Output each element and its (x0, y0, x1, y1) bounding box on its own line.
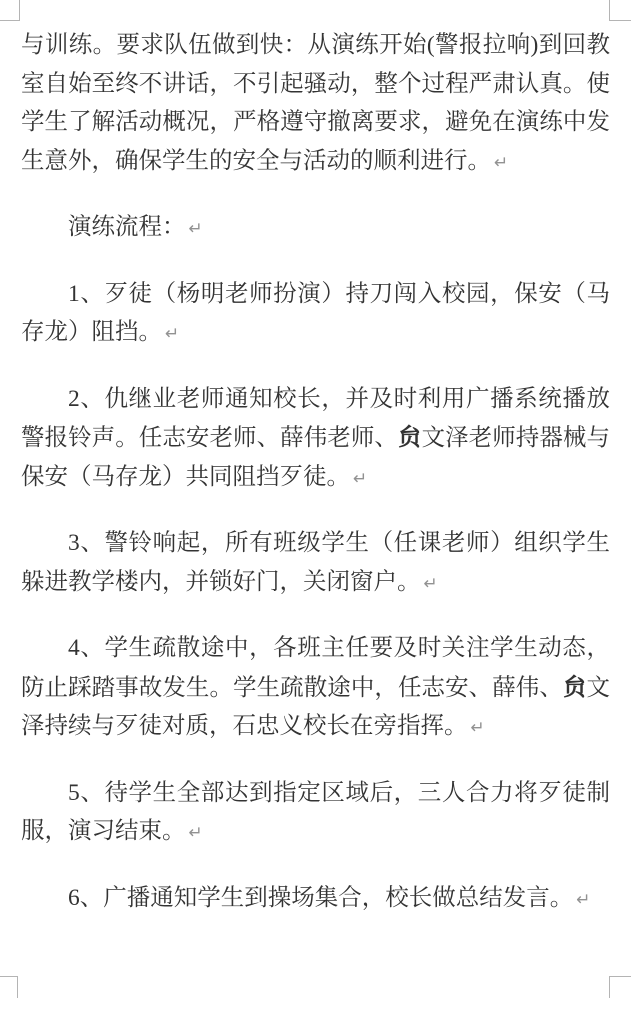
paragraph: 演练流程：↵ (21, 208, 610, 249)
paragraph-mark-icon: ↵ (165, 324, 179, 344)
text-run: 4、学生疏散途中，各班主任要及时关注学生动态，防止踩踏事故发生。学生疏散途中，任… (21, 635, 610, 701)
paragraph: 5、待学生全部达到指定区域后，三人合力将歹徒制服，演习结束。↵ (21, 774, 610, 853)
paragraph-mark-icon: ↵ (353, 469, 367, 489)
text-run: 5、待学生全部达到指定区域后，三人合力将歹徒制服，演习结束。 (21, 780, 610, 845)
paragraph: 6、广播通知学生到操场集合，校长做总结发言。↵ (21, 879, 610, 920)
paragraph-mark-icon: ↵ (494, 153, 508, 173)
paragraph-mark-icon: ↵ (424, 574, 438, 594)
paragraph-mark-icon: ↵ (189, 823, 203, 843)
paragraph: 1、歹徒（杨明老师扮演）持刀闯入校园，保安（马存龙）阻挡。↵ (21, 275, 610, 354)
document-page: 与训练。要求队伍做到快：从演练开始(警报拉响)到回教室自始至终不讲话，不引起骚动… (0, 0, 631, 1009)
bold-text-run: 贠 (563, 673, 587, 701)
paragraph-mark-icon: ↵ (576, 890, 590, 910)
text-run: 1、歹徒（杨明老师扮演）持刀闯入校园，保安（马存龙）阻挡。 (21, 281, 610, 346)
paragraph: 3、警铃响起，所有班级学生（任课老师）组织学生躲进教学楼内，并锁好门，关闭窗户。… (21, 524, 610, 603)
paragraph: 2、仇继业老师通知校长，并及时利用广播系统播放警报铃声。任志安老师、薛伟老师、贠… (21, 380, 610, 499)
text-boundary-mark-top-left (0, 0, 20, 21)
text-boundary-mark-top-right (609, 0, 631, 21)
bold-text-run: 贠 (398, 423, 422, 451)
text-run: 3、警铃响起，所有班级学生（任课老师）组织学生躲进教学楼内，并锁好门，关闭窗户。 (21, 530, 610, 595)
text-boundary-mark-bottom-right (609, 976, 631, 998)
paragraph: 4、学生疏散途中，各班主任要及时关注学生动态，防止踩踏事故发生。学生疏散途中，任… (21, 629, 610, 748)
paragraph: 与训练。要求队伍做到快：从演练开始(警报拉响)到回教室自始至终不讲话，不引起骚动… (21, 26, 610, 182)
text-run: 与训练。要求队伍做到快：从演练开始(警报拉响)到回教室自始至终不讲话，不引起骚动… (21, 32, 610, 174)
paragraph-mark-icon: ↵ (471, 718, 485, 738)
text-boundary-mark-bottom-left (0, 976, 18, 998)
paragraph-mark-icon: ↵ (189, 219, 203, 239)
text-run: 演练流程： (68, 214, 186, 240)
text-run: 6、广播通知学生到操场集合，校长做总结发言。 (68, 885, 573, 911)
document-body: 与训练。要求队伍做到快：从演练开始(警报拉响)到回教室自始至终不讲话，不引起骚动… (21, 26, 610, 945)
